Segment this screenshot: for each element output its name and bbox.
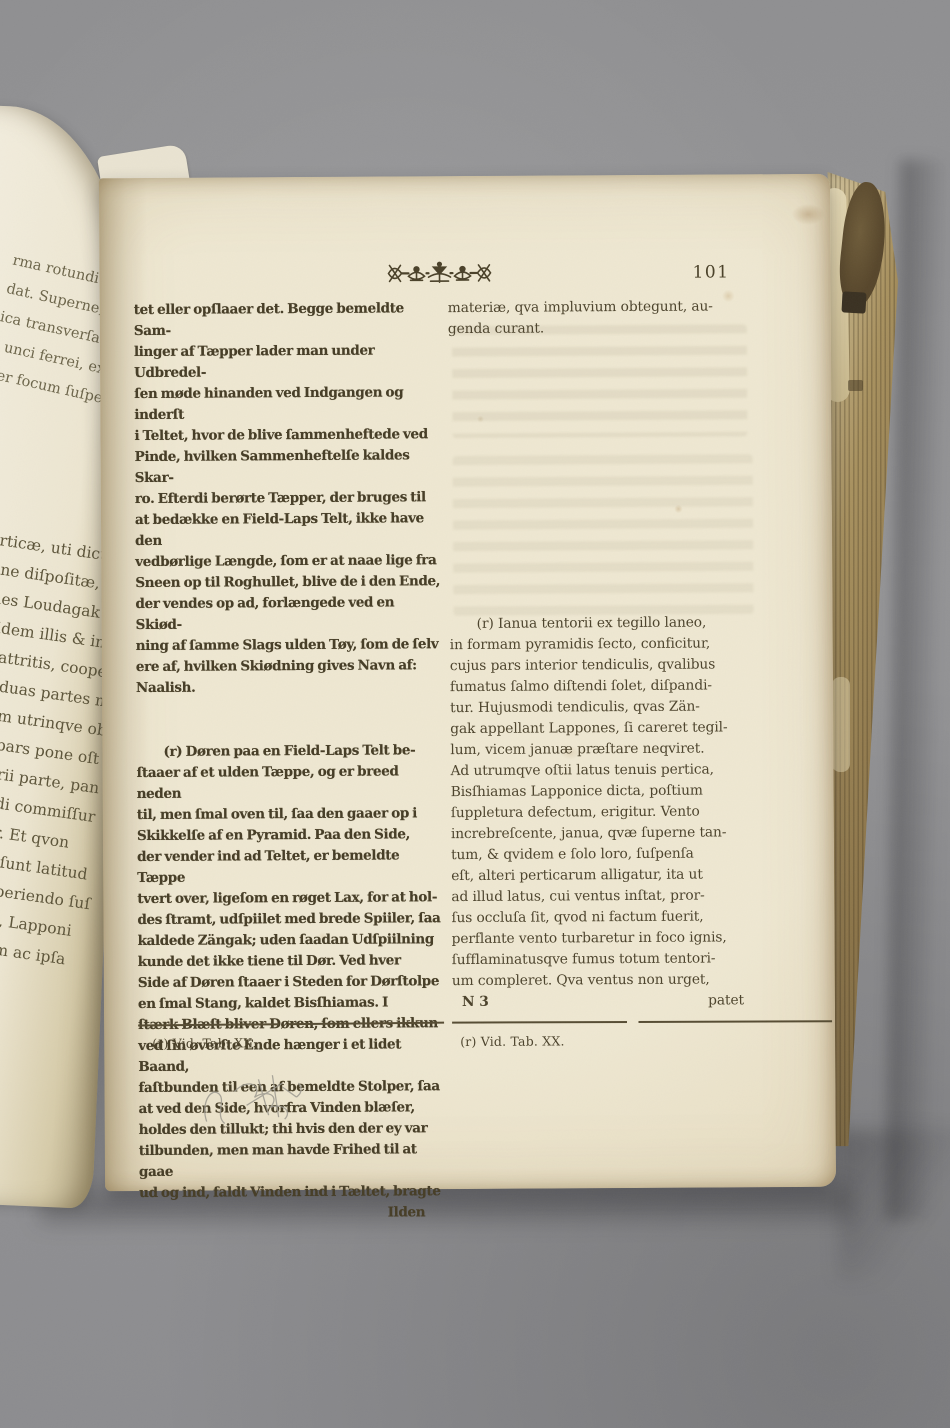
footnote-left: (r) Vid. Tab. XX. [152,1035,257,1052]
page-number: 101 [659,262,729,282]
book-scan-photo: rma rotundi fornicis dat. Superne, prop … [0,0,950,1428]
signature-mark: N 3 [462,992,489,1013]
fore-edge-dark-notch [841,291,866,313]
latin-column: materiæ, qva impluvium obtegunt, au- gen… [448,296,746,1013]
fore-edge-small-notch [848,380,863,391]
footnote-rule-right [452,1020,832,1023]
danish-paragraph-1: tet eller opſlaaer det. Begge bemeldte S… [134,298,442,699]
book-page: 101 tet eller opſlaaer det. Begge bemeld… [99,174,836,1191]
latin-catchword: patet [708,990,744,1011]
book-fore-edge [826,172,906,1166]
fore-edge-light-fold [832,677,850,772]
pencil-scribble [198,1057,318,1138]
footnote-right: (r) Vid. Tab. XX. [460,1033,565,1050]
latin-paragraph-1: materiæ, qva impluvium obtegunt, au- gen… [448,296,742,340]
fleuron-ornament-icon [386,260,492,287]
latin-paragraph-2: (r) Ianua tentorii ex tegillo laneo, in … [450,612,746,992]
danish-catchword: Ilden [139,1202,445,1225]
latin-signature-line: N 3 patet [452,990,746,1013]
